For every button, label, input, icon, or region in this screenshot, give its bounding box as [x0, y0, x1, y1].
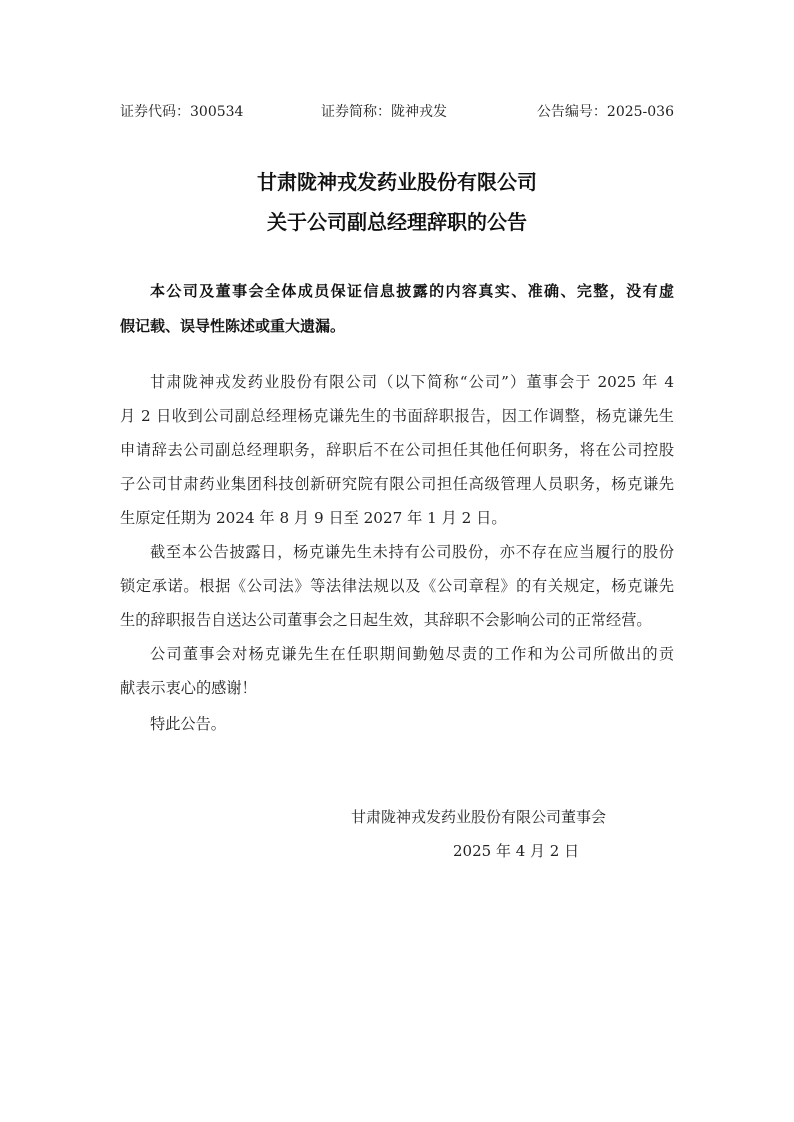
statement-line: 本公司及董事会全体成员保证信息披露的内容真实、准确、完整，没有虚: [120, 280, 674, 302]
announcement-header: 证券代码：300534 证券简称：陇神戎发 公告编号：2025-036: [120, 101, 674, 123]
stock-code: 证券代码：300534: [120, 101, 243, 123]
paragraph-line: 锁定承诺。根据《公司法》等法律法规以及《公司章程》的有关规定，杨克谦先: [120, 575, 674, 597]
paragraph-line: 申请辞去公司副总经理职务，辞职后不在公司担任其他任何职务，将在公司控股: [120, 439, 674, 461]
statement-line: 假记载、误导性陈述或重大遗漏。: [120, 315, 674, 337]
paragraph-line: 生的辞职报告自送达公司董事会之日起生效，其辞职不会影响公司的正常经营。: [120, 609, 674, 631]
paragraph-line: 甘肃陇神戎发药业股份有限公司（以下简称“公司”）董事会于 2025 年 4: [120, 371, 674, 393]
paragraph-line: 献表示衷心的感谢！: [120, 677, 674, 699]
document-page: 证券代码：300534 证券简称：陇神戎发 公告编号：2025-036 甘肃陇神…: [0, 0, 794, 1122]
paragraph-line: 截至本公告披露日，杨克谦先生未持有公司股份，亦不存在应当履行的股份: [120, 541, 674, 563]
stock-short-name: 证券简称：陇神戎发: [321, 101, 447, 123]
signature-company: 甘肃陇神戎发药业股份有限公司董事会: [351, 806, 606, 828]
paragraph-line: 子公司甘肃药业集团科技创新研究院有限公司担任高级管理人员职务，杨克谦先: [120, 473, 674, 495]
paragraph-line: 生原定任期为 2024 年 8 月 9 日至 2027 年 1 月 2 日。: [120, 507, 674, 529]
closing-remark: 特此公告。: [120, 713, 674, 735]
paragraph-line: 月 2 日收到公司副总经理杨克谦先生的书面辞职报告，因工作调整，杨克谦先生: [120, 405, 674, 427]
signature-date: 2025 年 4 月 2 日: [453, 840, 579, 862]
document-title-company: 甘肃陇神戎发药业股份有限公司: [0, 168, 794, 196]
announcement-number: 公告编号：2025-036: [537, 101, 674, 123]
document-title-subject: 关于公司副总经理辞职的公告: [0, 208, 794, 236]
paragraph-line: 公司董事会对杨克谦先生在任职期间勤勉尽责的工作和为公司所做出的贡: [120, 643, 674, 665]
